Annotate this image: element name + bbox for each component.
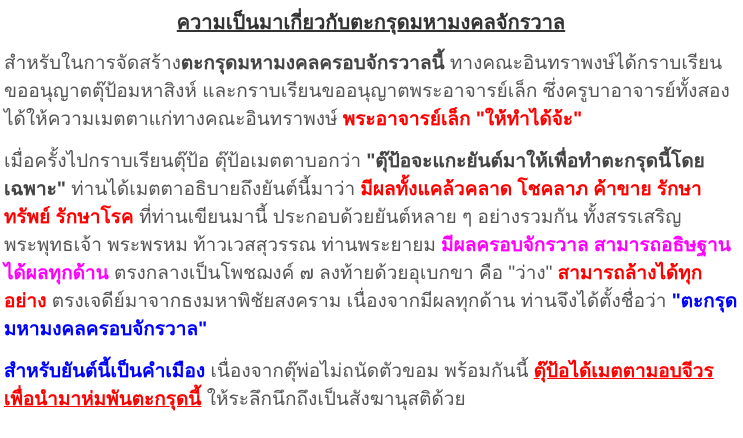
page-title: ความเป็นมาเกี่ยวกับตะกรุดมหามงคลจักรวาล [4,10,738,36]
text-segment-red: พระอาจารย์เล็ก "ให้ทำได้จ้ะ" [343,109,582,130]
text-segment: ตรงกลางเป็นโพชฌงค์ ๗ ลงท้ายด้วยอุเบกขา ค… [109,263,558,284]
paragraph-intro: สำหรับในการจัดสร้างตะกรุดมหามงคลครอบจักร… [4,50,738,134]
text-segment: เนื่องจากตุ๊พ่อไม่ถนัดตัวขอม พร้อมกันนี้ [205,361,534,382]
paragraph-yant-description: เมื่อครั้งไปกราบเรียนตุ๊ป้อ ตุ๊ป้อเมตตาบ… [4,148,738,344]
text-segment-blue: สำหรับยันต์นี้เป็นคำเมือง [4,361,205,382]
text-segment-bold: ตะกรุดมหามงคลครอบจักรวาลนี้ [181,53,445,74]
text-segment: สำหรับในการจัดสร้าง [4,53,181,74]
text-segment: ท่านได้เมตตาอธิบายถึงยันต์นี้มาว่า [66,179,361,200]
paragraph-closing: สำหรับยันต์นี้เป็นคำเมือง เนื่องจากตุ๊พ่… [4,358,738,414]
text-segment: ตรงเจดีย์มาจากธงมหาพิชัยสงคราม เนื่องจาก… [47,291,672,312]
text-segment: เมื่อครั้งไปกราบเรียนตุ๊ป้อ ตุ๊ป้อเมตตาบ… [4,151,366,172]
text-segment: ให้ระลึกนึกถึงเป็นสังฆานุสติด้วย [201,389,465,410]
document-page: ความเป็นมาเกี่ยวกับตะกรุดมหามงคลจักรวาล … [0,0,743,438]
